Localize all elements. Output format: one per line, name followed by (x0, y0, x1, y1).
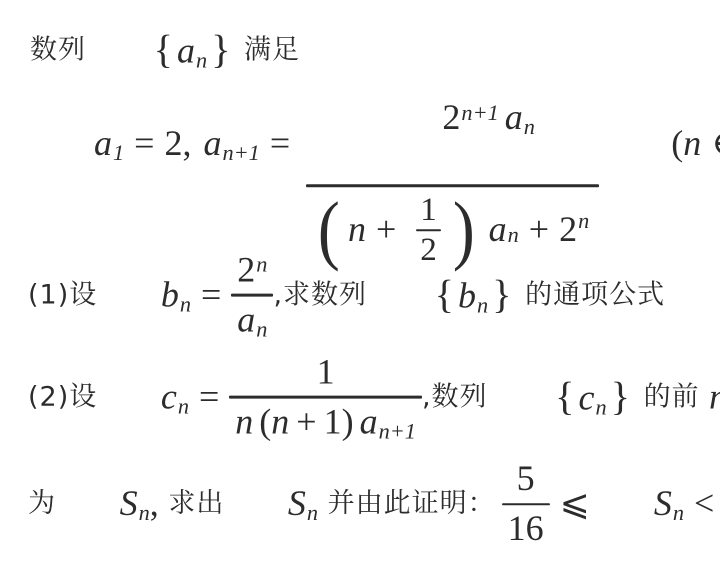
subscript-n: n (673, 500, 684, 525)
var-S: S (654, 483, 672, 523)
var-S: S (288, 483, 306, 523)
lt-sign: < (684, 482, 720, 525)
less-than: < (694, 483, 714, 523)
domain-condition: (n∈N+). (617, 79, 720, 209)
var-a: a (94, 123, 112, 163)
var-n: n (271, 401, 289, 441)
equals-sign: = (134, 123, 154, 163)
part3-zhengming-text: 并由此证明： (318, 486, 496, 521)
part2-mid-text: ,数列 (422, 379, 497, 414)
denominator: n(n+1)an+1 (229, 402, 422, 442)
half-numerator: 1 (416, 195, 441, 226)
var-n: n (683, 123, 701, 163)
var-n: n (709, 376, 720, 416)
var-S: S (120, 483, 138, 523)
equals-sign: = (270, 123, 290, 163)
fraction-bar (502, 503, 550, 506)
var-a: a (203, 123, 221, 163)
comma: , (150, 483, 159, 523)
left-brace: { (435, 272, 454, 317)
plus-sign: + (296, 401, 316, 441)
part3-wei-text: 为 (28, 486, 66, 521)
superscript-n-plus-1: n+1 (461, 100, 498, 125)
subscript-n: n (477, 293, 488, 318)
numerator: 1 (311, 352, 341, 392)
leq-sign: ⩽ (550, 482, 600, 525)
right-paren: ) (342, 401, 354, 441)
left-brace: { (555, 374, 574, 419)
var-a: a (505, 98, 523, 138)
fraction-bar (229, 396, 422, 399)
equals-sign: = (201, 274, 221, 314)
part3-line: 为 Sn, 求出 Sn 并由此证明： 5 16 ⩽ Sn < 1 2 . (28, 439, 720, 569)
var-b: b (161, 274, 179, 314)
part1-mid-text: ,求数列 (273, 277, 376, 312)
part3-qiuchu-text: 求出 (159, 486, 234, 521)
var-c: c (161, 376, 177, 416)
five-sixteenths-fraction: 5 16 (502, 459, 550, 549)
superscript-n: n (256, 252, 267, 277)
right-brace: } (492, 272, 511, 317)
equals-sign: = (199, 376, 219, 416)
var-n-inline: n (709, 375, 720, 418)
left-paren: ( (671, 123, 683, 163)
element-of-sign: ∈ (711, 123, 720, 163)
var-a: a (360, 401, 378, 441)
var-c: c (579, 378, 595, 418)
Sn-term-comma: Sn, (66, 439, 159, 569)
part2-prefix: (2)设 (28, 379, 107, 414)
value-1: 1 (324, 401, 342, 441)
numerator: 2n+1an (360, 56, 545, 180)
part2-qian-text: 的前 (634, 379, 709, 414)
subscript-n: n (139, 500, 150, 525)
slanted-leq: ⩽ (560, 483, 590, 523)
part1-prefix: (1)设 (28, 277, 107, 312)
subscript-n: n (307, 500, 318, 525)
Sn-term: Sn (600, 439, 684, 569)
Sn-term: Sn (234, 439, 318, 569)
numerator: 5 (511, 459, 541, 499)
var-n: n (235, 401, 253, 441)
subscript-n: n (595, 395, 606, 420)
base-2: 2 (237, 249, 255, 289)
cn-fraction: 1 n(n+1)an+1 (229, 352, 422, 442)
right-brace: } (611, 374, 630, 419)
subscript-n: n (178, 393, 189, 418)
subscript-n: n (180, 291, 191, 316)
subscript-n-plus-1: n+1 (222, 140, 259, 165)
denominator: 16 (502, 509, 550, 549)
var-b: b (458, 276, 476, 316)
base-2: 2 (442, 98, 460, 138)
bn-fraction: 2n an (231, 250, 273, 340)
fraction-bar (231, 294, 273, 297)
left-paren: ( (259, 401, 271, 441)
subscript-n: n (524, 115, 535, 140)
value-2-comma: 2, (164, 123, 191, 163)
numerator: 2n (231, 250, 273, 290)
formula-left-side: a1=2,an+1= (40, 79, 300, 209)
subscript-1: 1 (113, 140, 124, 165)
part1-post-text: 的通项公式 (516, 277, 675, 312)
